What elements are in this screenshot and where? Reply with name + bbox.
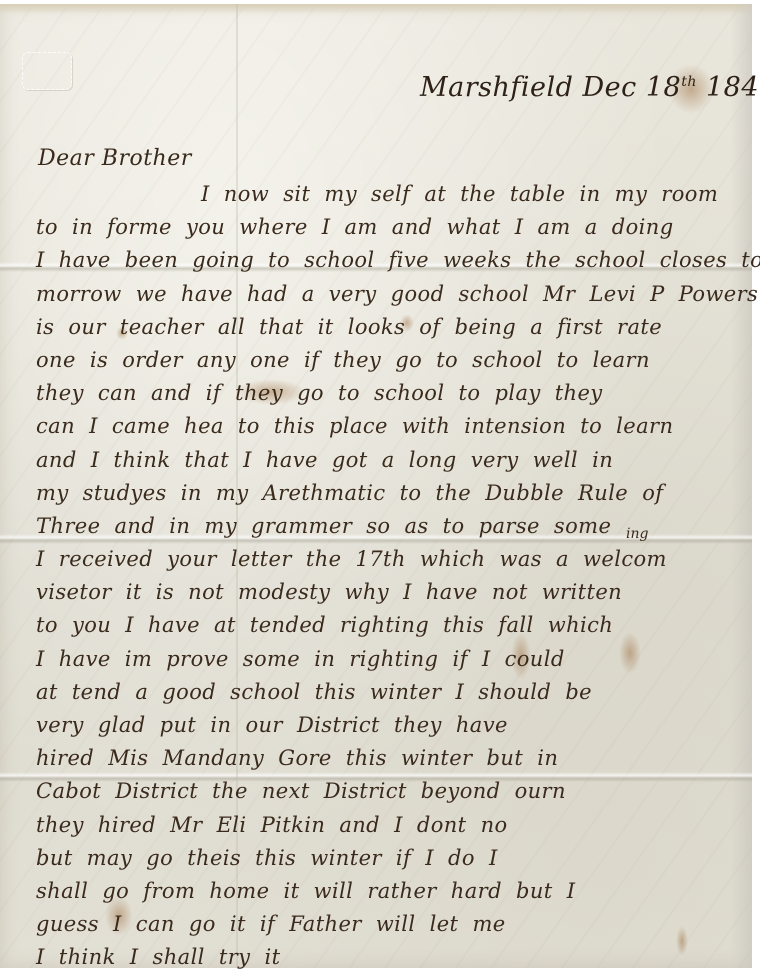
- sheet-top-edge: [0, 4, 752, 14]
- letter-line: can I came hea to this place with intens…: [36, 410, 726, 443]
- letter-line: they can and if they go to school to pla…: [36, 377, 726, 410]
- letter-line: shall go from home it will rather hard b…: [36, 875, 726, 908]
- dateline-month: Dec: [583, 72, 637, 103]
- letter-line: hired Mis Mandany Gore this winter but i…: [36, 742, 726, 775]
- letter-line: morrow we have had a very good school Mr…: [36, 278, 726, 311]
- letter-body: I now sit my self at the table in my roo…: [36, 178, 726, 975]
- letter-line: but may go theis this winter if I do I: [36, 842, 726, 875]
- letter-line: I now sit my self at the table in my roo…: [36, 178, 726, 211]
- salutation: Dear Brother: [38, 146, 192, 171]
- interlinear-insertion: ing: [626, 526, 648, 542]
- dateline-place: Marshfield: [420, 72, 573, 103]
- embossed-stamp-icon: [22, 52, 72, 90]
- sheet-right-edge: [730, 4, 752, 968]
- letter-line: I have been going to school five weeks t…: [36, 244, 726, 277]
- letter-line: is our teacher all that it looks of bein…: [36, 311, 726, 344]
- letter-line: Three and in my grammer so as to parse s…: [36, 510, 726, 543]
- letter-line: I received your letter the 17th which wa…: [36, 543, 726, 576]
- letter-line: to you I have at tended righting this fa…: [36, 609, 726, 642]
- dateline-day: 18: [646, 72, 681, 103]
- letter-line: I have im prove some in righting if I co…: [36, 643, 726, 676]
- letter-line: one is order any one if they go to schoo…: [36, 344, 726, 377]
- letter-line: at tend a good school this winter I shou…: [36, 676, 726, 709]
- letter-line: guess I can go it if Father will let me: [36, 908, 726, 941]
- letter-line: I think I shall try it: [36, 941, 726, 974]
- dateline: Marshfield Dec 18th 1847: [420, 72, 760, 103]
- letter-line: Cabot District the next District beyond …: [36, 775, 726, 808]
- dateline-day-suffix: th: [681, 74, 697, 90]
- letter-line: they hired Mr Eli Pitkin and I dont no: [36, 809, 726, 842]
- letter-line: to in forme you where I am and what I am…: [36, 211, 726, 244]
- letter-line: and I think that I have got a long very …: [36, 444, 726, 477]
- letter-line: my studyes in my Arethmatic to the Dubbl…: [36, 477, 726, 510]
- dateline-year: 1847: [706, 72, 760, 103]
- letter-line: visetor it is not modesty why I have not…: [36, 576, 726, 609]
- letter-line: very glad put in our District they have: [36, 709, 726, 742]
